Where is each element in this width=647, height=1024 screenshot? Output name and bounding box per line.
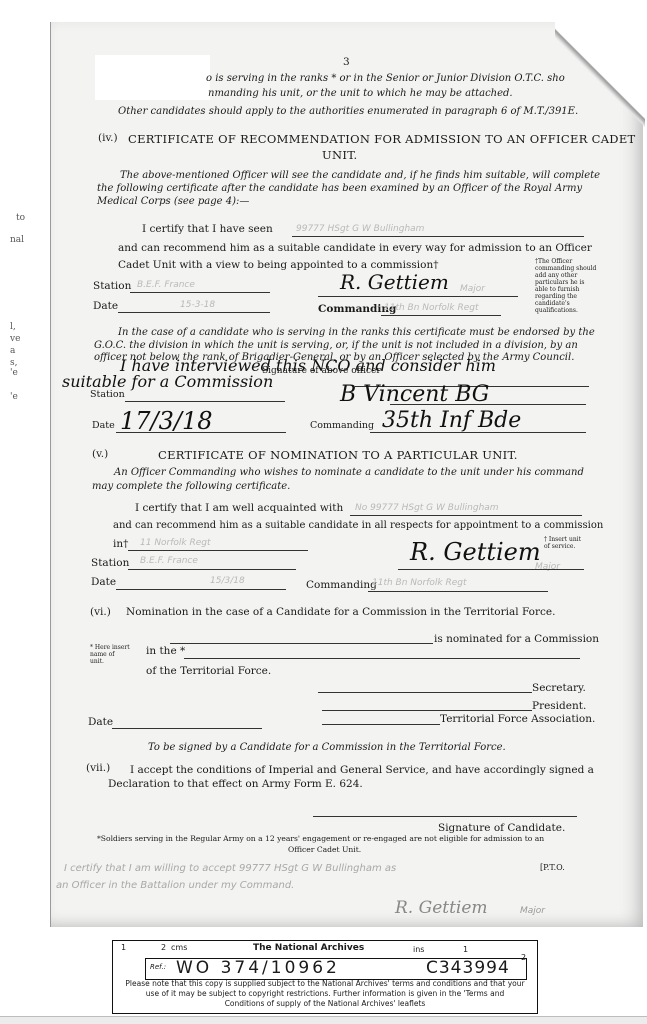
candidate-signature-field[interactable] (313, 816, 577, 817)
president-field[interactable] (322, 710, 532, 711)
margin-fragment: 'e (10, 368, 18, 378)
recommend-line: and can recommend him as a suitable cand… (118, 242, 592, 254)
section-vi-title: Nomination in the case of a Candidate fo… (126, 606, 555, 618)
station-field-endorsement[interactable] (125, 401, 285, 402)
station-label-iv: Station (93, 280, 131, 292)
secretary-label: Secretary. (532, 682, 586, 694)
nominated-label: is nominated for a Commission (434, 633, 599, 645)
date-value-iv: 15-3-18 (180, 300, 215, 310)
signature-rank-iv: Major (460, 284, 485, 294)
intro-line-1: o is serving in the ranks * or in the Se… (206, 73, 565, 84)
candidate-note: To be signed by a Candidate for a Commis… (148, 742, 506, 753)
ref-value: WO 374/10962 (176, 958, 340, 978)
page-number: 3 (343, 56, 350, 68)
date-field-vi[interactable] (112, 728, 262, 729)
acquainted-label: I certify that I am well acquainted with (135, 502, 343, 514)
cms-tick-1: 1 (121, 943, 126, 952)
date-field-iv[interactable] (118, 312, 270, 313)
unit-name-field-vi[interactable] (184, 658, 580, 659)
copyright-note: Please note that this copy is supplied s… (113, 979, 537, 1009)
signature-above-officer-label: Signature of above officer (262, 366, 381, 376)
date-label-endorsement: Date (92, 420, 115, 431)
section-iv-title-cont: UNIT. (322, 148, 357, 162)
tfa-field[interactable] (322, 724, 440, 725)
date-value-v: 15/3/18 (210, 576, 245, 586)
section-vii-line-2: Declaration to that effect on Army Form … (108, 778, 363, 790)
handwritten-note-line-2: an Officer in the Battalion under my Com… (56, 880, 294, 891)
certify-seen-value: 99777 HSgt G W Bullingham (296, 224, 424, 234)
section-v-intro-1: An Officer Commanding who wishes to nomi… (114, 467, 584, 478)
date-label-vi: Date (88, 716, 113, 728)
acquainted-field[interactable] (350, 515, 582, 516)
unit-name-footnote: * Here insert name of unit. (90, 644, 130, 665)
section-iv-number: (iv.) (98, 132, 118, 144)
margin-fragment: to (16, 213, 25, 223)
signature-field-v[interactable] (398, 569, 584, 570)
copyright-note-line-3: Conditions of supply of the National Arc… (113, 999, 537, 1009)
ref-label: Ref.: (150, 963, 166, 971)
nominee-field[interactable] (170, 643, 433, 644)
section-v-intro-2: may complete the following certificate. (92, 481, 290, 492)
recommend-line-v: and can recommend him as a suitable cand… (113, 520, 603, 531)
candidate-signature-label: Signature of Candidate. (438, 822, 565, 834)
commanding-value-v: 11th Bn Norfolk Regt (372, 578, 467, 588)
unit-value-v: 11 Norfolk Regt (140, 538, 211, 548)
secretary-field[interactable] (318, 692, 532, 693)
margin-fragment: a (10, 346, 15, 356)
commanding-value-endorsement: 35th Inf Bde (382, 408, 521, 433)
unit-field-v[interactable] (128, 550, 308, 551)
copyright-note-line-1: Please note that this copy is supplied s… (113, 979, 537, 989)
ins-tick-1: 1 (463, 945, 468, 954)
torn-area (95, 55, 210, 100)
archives-title: The National Archives (253, 943, 364, 953)
cms-label: cms (171, 943, 187, 952)
date-value-endorsement: 17/3/18 (120, 407, 213, 435)
commanding-field-v[interactable] (368, 591, 548, 592)
station-label-v: Station (91, 557, 129, 569)
margin-fragment: s, (10, 358, 17, 368)
intro-line-2: nmanding his unit, or the unit to which … (208, 88, 513, 99)
pto-label: [P.T.O. (540, 863, 565, 872)
station-value-v: B.E.F. France (140, 556, 198, 566)
margin-fragment: l, (10, 322, 16, 332)
endorsement-line-2: G.O.C. the division in which the unit is… (94, 340, 578, 351)
station-value-iv: B.E.F. France (137, 280, 195, 290)
certify-seen-label: I certify that I have seen (142, 223, 273, 235)
section-iv-intro-1: The above-mentioned Officer will see the… (120, 170, 600, 181)
signature-v: R. Gettiem (410, 538, 541, 566)
endorsement-line-1: In the case of a candidate who is servin… (118, 327, 595, 338)
section-iv-intro-2: the following certificate after the cand… (97, 183, 582, 194)
commanding-label-v: Commanding (306, 579, 377, 591)
margin-fragment: ve (10, 334, 20, 344)
national-archives-label: 1 2 cms The National Archives ins 1 2 Re… (112, 940, 538, 1014)
signature-rank-v: Major (535, 562, 560, 572)
signature-iv: R. Gettiem (340, 270, 449, 294)
section-v-number: (v.) (92, 448, 108, 460)
section-vi-number: (vi.) (90, 606, 111, 618)
commanding-label-endorsement: Commanding (310, 420, 374, 431)
reference-box: Ref.: WO 374/10962 C343994 (145, 958, 527, 980)
margin-fragment: 'e (10, 392, 18, 402)
acquainted-value: No 99777 HSgt G W Bullingham (355, 503, 499, 513)
soldiers-footnote-cont: Officer Cadet Unit. (288, 845, 361, 854)
date-label-v: Date (91, 576, 116, 588)
handwritten-note-rank: Major (520, 906, 545, 916)
copyright-note-line-2: use of it may be subject to copyright re… (113, 989, 537, 999)
cms-tick-2: 2 (161, 943, 166, 952)
territorial-force-label: of the Territorial Force. (146, 665, 271, 677)
date-field-v[interactable] (116, 589, 286, 590)
certify-seen-field[interactable] (292, 236, 584, 237)
commanding-field-iv[interactable] (381, 315, 501, 316)
section-vii-line-1: I accept the conditions of Imperial and … (130, 764, 594, 776)
margin-fragment: nal (10, 235, 24, 245)
section-vii-number: (vii.) (86, 762, 110, 774)
section-v-title: CERTIFICATE OF NOMINATION TO A PARTICULA… (158, 448, 518, 462)
intro-line-3: Other candidates should apply to the aut… (118, 106, 578, 117)
handwritten-note-line-1: I certify that I am willing to accept 99… (64, 863, 396, 874)
in-label-v: in† (113, 538, 128, 550)
president-label: President. (532, 700, 586, 712)
endorsement-rank-field[interactable] (390, 404, 586, 405)
commanding-value-iv: 11th Bn Norfolk Regt (384, 303, 479, 313)
soldiers-footnote: *Soldiers serving in the Regular Army on… (97, 834, 544, 843)
unit-footnote: † Insert unit of service. (544, 536, 588, 550)
tfa-label: Territorial Force Association. (440, 713, 595, 725)
bottom-edge (0, 1016, 647, 1024)
signature-field-iv[interactable] (318, 296, 518, 297)
section-iv-title: CERTIFICATE OF RECOMMENDATION FOR ADMISS… (128, 132, 636, 146)
station-label-endorsement: Station (90, 389, 125, 400)
station-field-iv[interactable] (130, 292, 270, 293)
handwritten-note-signature: R. Gettiem (395, 898, 488, 918)
section-iv-intro-3: Medical Corps (see page 4):— (97, 196, 249, 207)
in-the-label: in the * (146, 645, 185, 657)
date-label-iv: Date (93, 300, 118, 312)
officer-footnote: †The Officer commanding should add any o… (535, 258, 597, 314)
station-field-v[interactable] (128, 569, 296, 570)
ref-code: C343994 (426, 958, 510, 978)
ins-label: ins (413, 945, 424, 954)
